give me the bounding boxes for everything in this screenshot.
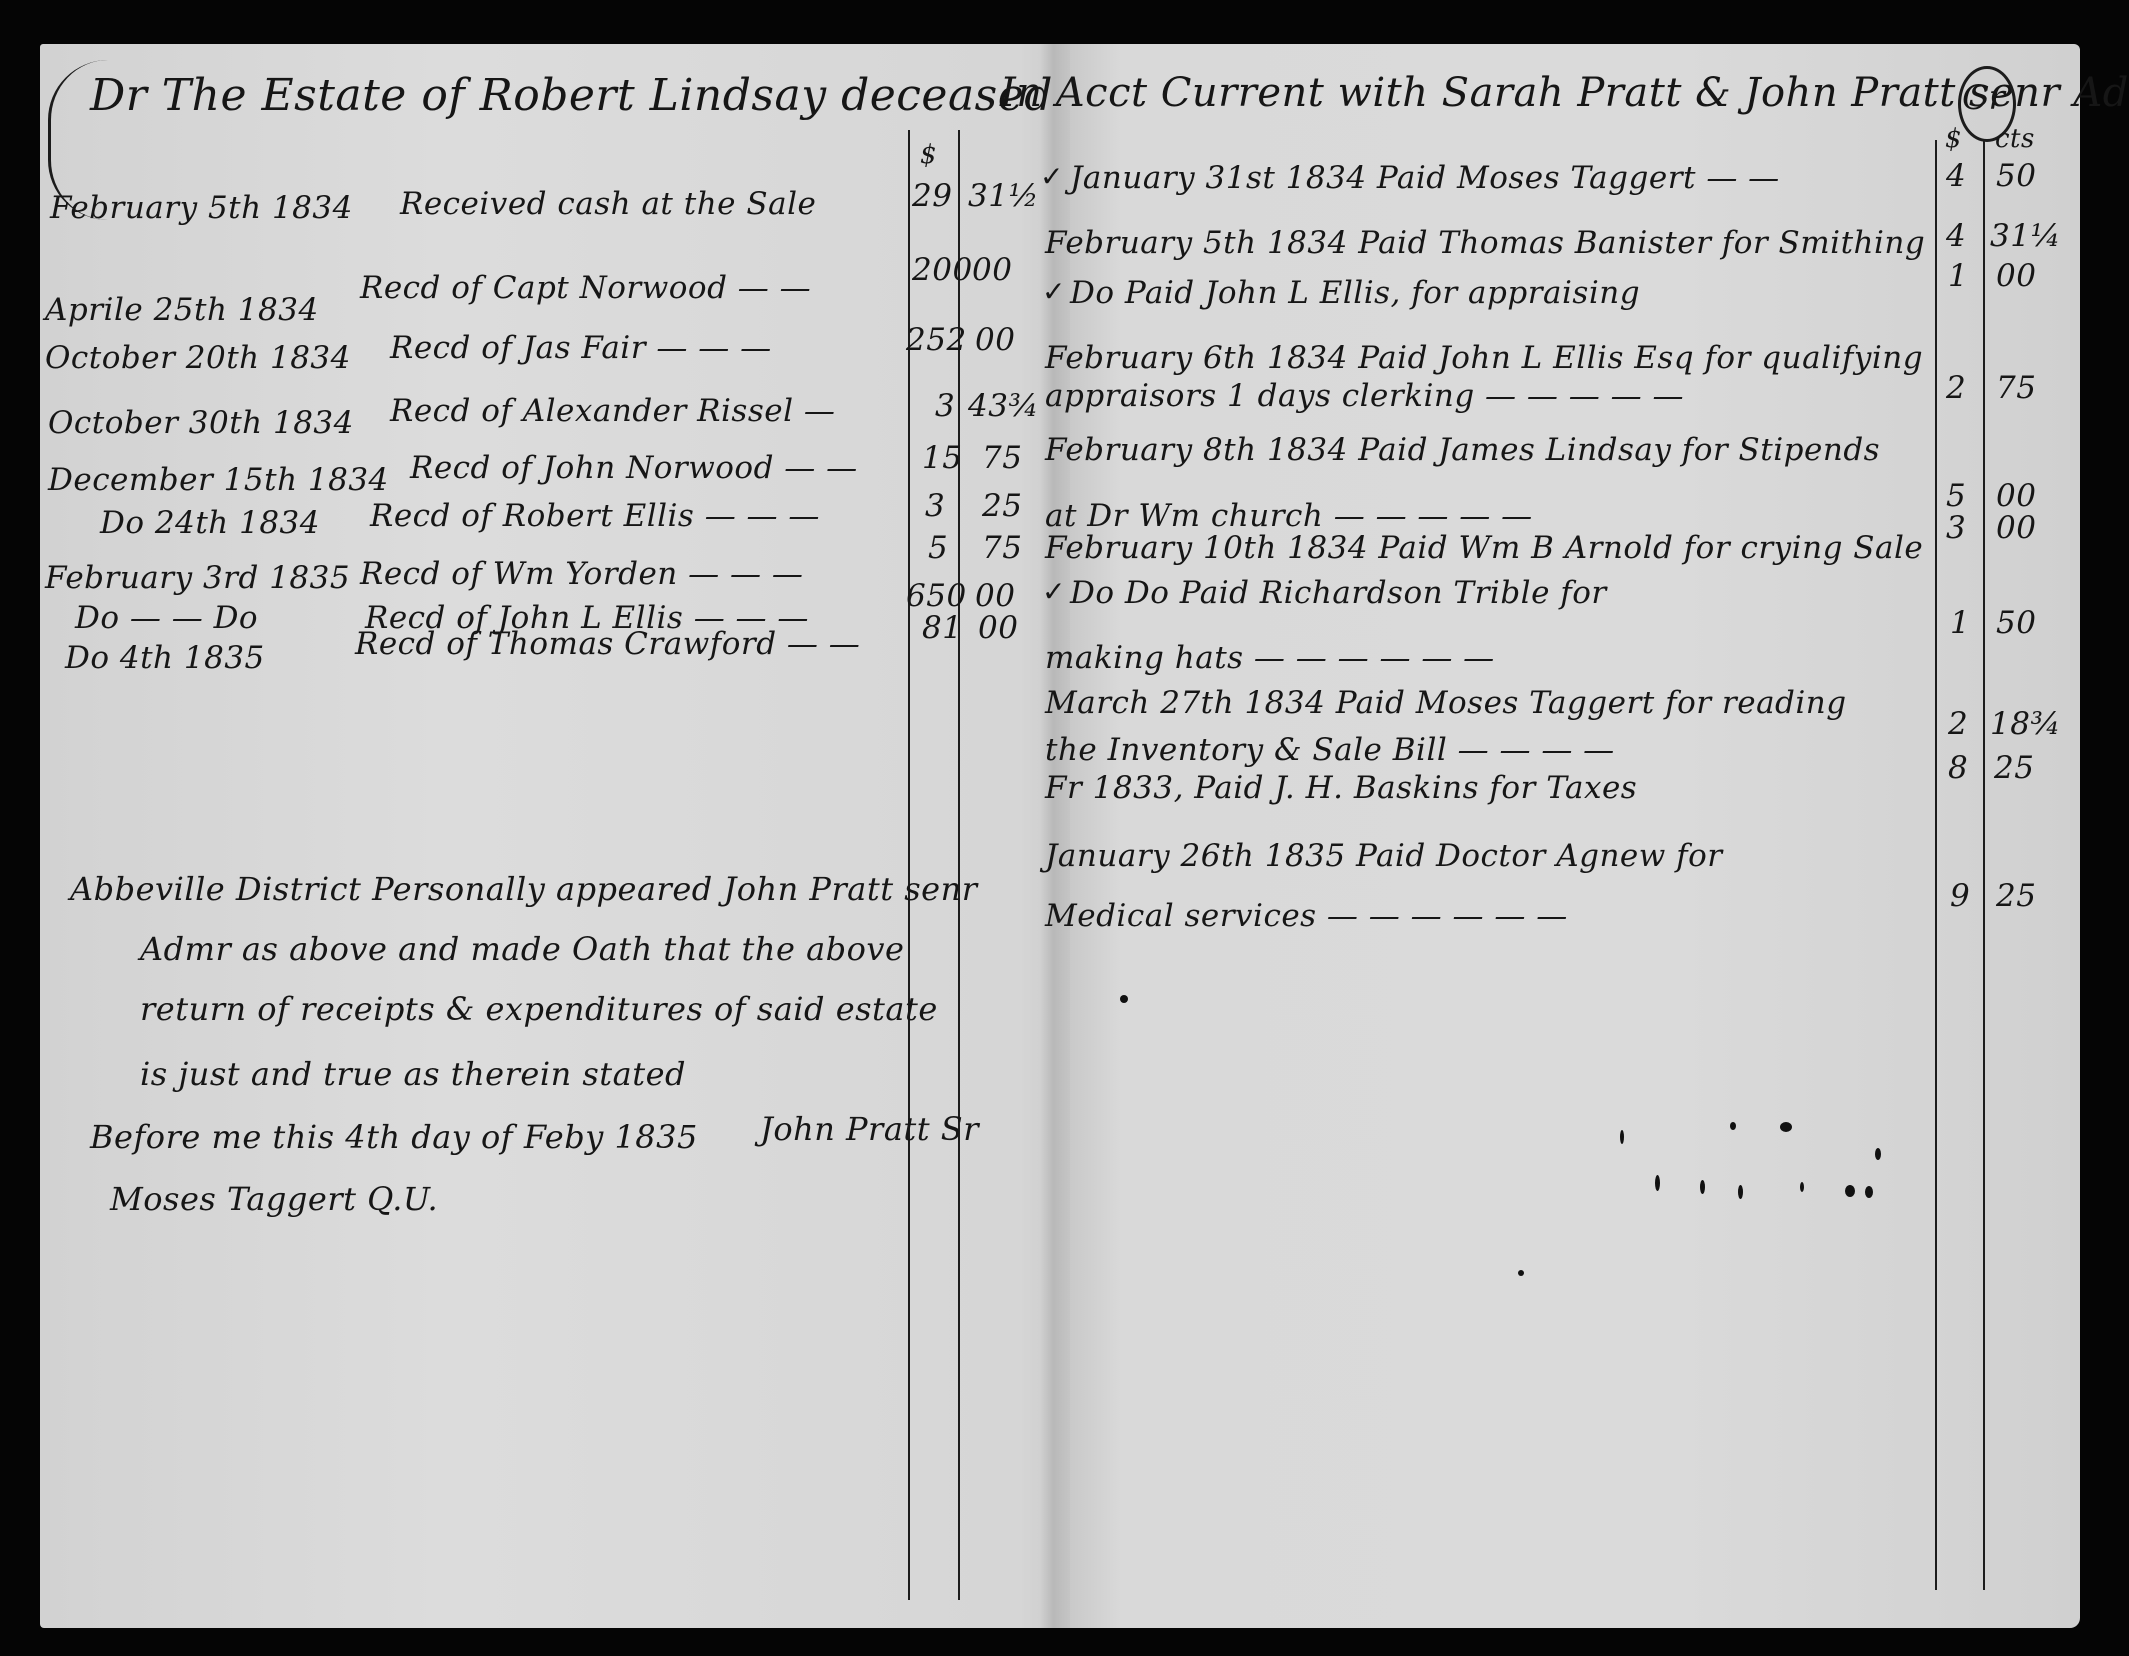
debit-cents: 00: [975, 322, 1015, 358]
debit-dollars: 3: [935, 388, 955, 424]
debit-cents: 75: [982, 530, 1022, 566]
credit-cents: 25: [1994, 750, 2034, 786]
credit-dollars: 9: [1950, 878, 1970, 914]
debit-cents: 25: [982, 488, 1022, 524]
signature-officer: Moses Taggert Q.U.: [110, 1180, 438, 1218]
credit-cents: 00: [1996, 478, 2036, 514]
debit-cents: 31½: [968, 178, 1039, 214]
debit-date: Do 4th 1835: [65, 640, 265, 676]
debit-dollars: 15: [922, 440, 962, 476]
debit-dollars: 29: [912, 178, 952, 214]
credit-cents: 25: [1996, 878, 2036, 914]
credit-cents-header: cts: [1995, 124, 2035, 154]
credit-text-continued: the Inventory & Sale Bill — — — —: [1045, 732, 1615, 768]
credit-dollars: 8: [1948, 750, 1968, 786]
debit-cents: 00: [978, 610, 1018, 646]
debit-dollars: 81: [922, 610, 962, 646]
affidavit-date-line: Before me this 4th day of Feby 1835: [90, 1118, 698, 1156]
credit-cents: 00: [1996, 510, 2036, 546]
debit-dollars: 3: [925, 488, 945, 524]
credit-cents-rule: [1983, 140, 1985, 1590]
credit-dollars: 2: [1946, 370, 1966, 406]
debit-cents: 75: [982, 440, 1022, 476]
debit-date: October 30th 1834: [48, 405, 354, 441]
credit-text: February 5th 1834 Paid Thomas Banister f…: [1045, 225, 1925, 261]
credit-text-continued: making hats — — — — — —: [1045, 640, 1495, 676]
credit-dollars: 1: [1948, 258, 1968, 294]
credit-text: February 8th 1834 Paid James Lindsay for…: [1045, 432, 1880, 468]
debit-dollars: 252: [906, 322, 967, 358]
debit-text: Recd of Thomas Crawford — —: [355, 626, 860, 662]
debit-date: February 3rd 1835: [45, 560, 350, 596]
debit-date: Do 24th 1834: [100, 505, 320, 541]
debit-date: October 20th 1834: [45, 340, 351, 376]
credit-text: Do Paid John L Ellis, for appraising: [1070, 275, 1640, 311]
debit-date: Do — — Do: [75, 600, 258, 636]
credit-text: March 27th 1834 Paid Moses Taggert for r…: [1045, 685, 1847, 721]
credit-text: Fr 1833, Paid J. H. Baskins for Taxes: [1045, 770, 1637, 806]
credit-text: January 26th 1835 Paid Doctor Agnew for: [1045, 838, 1723, 874]
credit-dollars: 1: [1950, 605, 1970, 641]
credit-text: February 10th 1834 Paid Wm B Arnold for …: [1045, 530, 1923, 566]
credit-cents: 31¼: [1990, 218, 2061, 254]
credit-text: Do Do Paid Richardson Trible for: [1070, 575, 1607, 611]
debit-text: Recd of John Norwood — —: [410, 450, 858, 486]
credit-text-continued: Medical services — — — — — —: [1045, 898, 1568, 934]
credit-cents: 50: [1996, 158, 2036, 194]
credit-cents: 75: [1996, 370, 2036, 406]
credit-dollars: 2: [1948, 706, 1968, 742]
credit-dollars: 4: [1946, 158, 1966, 194]
credit-cents: 00: [1996, 258, 2036, 294]
affidavit-line: Admr as above and made Oath that the abo…: [140, 930, 904, 968]
signature-admin: John Pratt Sr: [760, 1110, 979, 1148]
debit-cents: 00: [972, 252, 1012, 288]
debit-cents: 00: [975, 578, 1015, 614]
debit-text: Recd of Jas Fair — — —: [390, 330, 772, 366]
heading-cr: Cr: [1962, 78, 2005, 118]
credit-dollar-header: $: [1945, 124, 1962, 154]
affidavit-line: is just and true as therein stated: [140, 1055, 686, 1093]
credit-dollars: 4: [1946, 218, 1966, 254]
credit-text-continued: appraisors 1 days clerking — — — — —: [1045, 378, 1684, 414]
heading-debit: Dr The Estate of Robert Lindsay deceased: [90, 70, 1053, 121]
credit-dollars: 3: [1946, 510, 1966, 546]
credit-dollars: 5: [1946, 478, 1966, 514]
debit-text: Received cash at the Sale: [400, 186, 816, 222]
debit-text: Recd of Robert Ellis — — —: [370, 498, 820, 534]
debit-dollars: 5: [928, 530, 948, 566]
debit-dollar-header: $: [920, 140, 937, 170]
credit-text-continued: at Dr Wm church — — — — —: [1045, 498, 1533, 534]
affidavit-line: return of receipts & expenditures of sai…: [140, 990, 938, 1028]
debit-date: December 15th 1834: [48, 462, 389, 498]
credit-dollars-rule: [1935, 140, 1937, 1590]
checkmark-icon: ✓: [1040, 160, 1064, 193]
debit-text: Recd of Capt Norwood — —: [360, 270, 811, 306]
debit-dollars: 200: [912, 252, 973, 288]
debit-dollars: 650: [906, 578, 967, 614]
checkmark-icon: ✓: [1042, 575, 1066, 608]
credit-text: January 31st 1834 Paid Moses Taggert — —: [1070, 160, 1780, 196]
debit-text: Recd of Wm Yorden — — —: [360, 556, 803, 592]
credit-cents: 18¾: [1990, 706, 2061, 742]
checkmark-icon: ✓: [1042, 275, 1066, 308]
debit-cents: 43¾: [968, 388, 1039, 424]
credit-cents: 50: [1996, 605, 2036, 641]
debit-date: Aprile 25th 1834: [45, 292, 319, 328]
debit-text: Recd of Alexander Rissel —: [390, 393, 835, 429]
debit-date: February 5th 1834: [50, 190, 353, 226]
affidavit-line: Abbeville District Personally appeared J…: [70, 870, 977, 908]
credit-text: February 6th 1834 Paid John L Ellis Esq …: [1045, 340, 1923, 376]
